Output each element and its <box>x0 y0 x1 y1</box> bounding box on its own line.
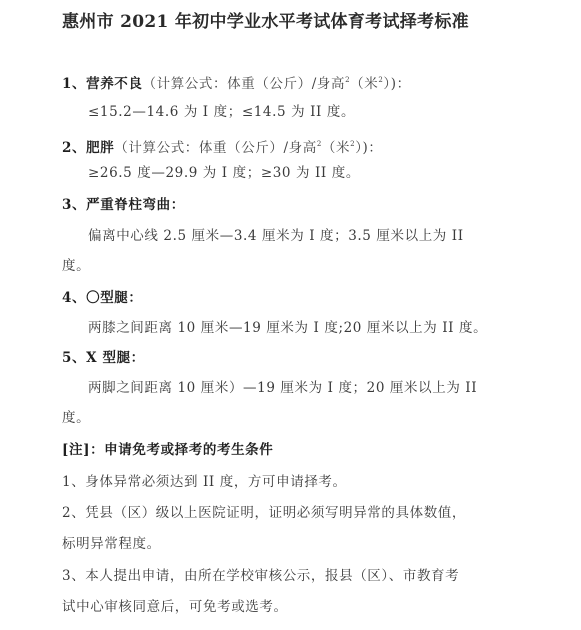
document-page: 惠州市 2021 年初中学业水平考试体育考试择考标准 1、营养不良（计算公式：体… <box>0 0 581 630</box>
note-point-3-line1: 3、本人提出申请，由所在学校审核公示，报县（区）、市教育考 <box>62 566 459 586</box>
item-3-detail-line1: 偏离中心线 2.5 厘米—3.4 厘米为 I 度；3.5 厘米以上为 II <box>88 226 464 246</box>
item-5-detail-line2: 度。 <box>62 408 90 428</box>
item-5-detail-line1: 两脚之间距离 10 厘米）—19 厘米为 I 度；20 厘米以上为 II <box>88 378 477 398</box>
item-3-detail-line2: 度。 <box>62 256 90 276</box>
item-2-heading-line: 2、肥胖（计算公式：体重（公斤）/身高2（米2）)： <box>62 134 383 158</box>
item-4-detail: 两膝之间距离 10 厘米—19 厘米为 I 度;20 厘米以上为 II 度。 <box>88 318 487 338</box>
item-1-heading: 1、营养不良 <box>62 76 143 92</box>
item-1-heading-line: 1、营养不良（计算公式：体重（公斤）/身高2（米2）)： <box>62 70 411 94</box>
item-1-detail: ≤15.2—14.6 为 I 度；≤14.5 为 II 度。 <box>88 102 355 122</box>
note-point-2-line2: 标明异常程度。 <box>62 534 161 554</box>
note-point-2-line1: 2、凭县（区）级以上医院证明，证明必须写明异常的具体数值， <box>62 503 466 523</box>
item-4-heading: 4、〇型腿： <box>62 288 143 308</box>
item-1-formula: （计算公式：体重（公斤）/身高2（米2）)： <box>143 76 411 92</box>
note-heading: [注]：申请免考或择考的考生条件 <box>62 440 273 460</box>
item-2-formula: （计算公式：体重（公斤）/身高2（米2）)： <box>114 140 382 156</box>
note-point-1: 1、身体异常必须达到 II 度，方可申请择考。 <box>62 472 347 492</box>
note-point-3-line2: 试中心审核同意后，可免考或选考。 <box>62 597 288 617</box>
item-5-heading: 5、X 型腿： <box>62 348 145 368</box>
item-3-heading: 3、严重脊柱弯曲： <box>62 195 185 215</box>
item-2-heading: 2、肥胖 <box>62 140 114 156</box>
document-title: 惠州市 2021 年初中学业水平考试体育考试择考标准 <box>62 12 469 32</box>
item-2-detail: ≥26.5 度—29.9 为 I 度；≥30 为 II 度。 <box>88 163 360 183</box>
